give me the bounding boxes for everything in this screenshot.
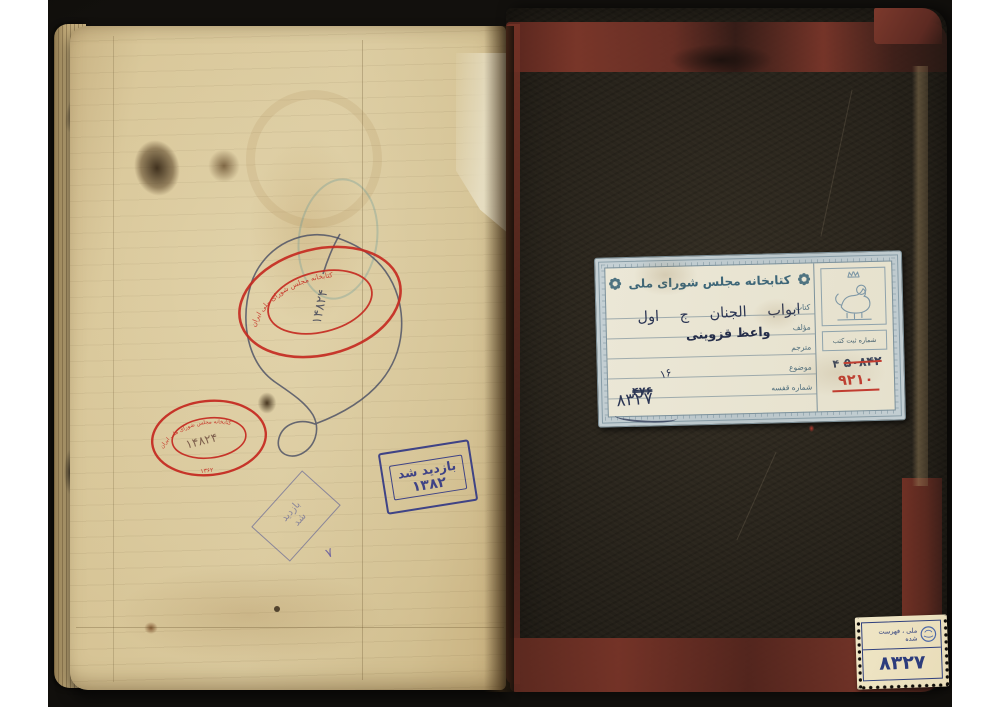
new-register-number: ۹۲۱۰ xyxy=(832,371,880,392)
red-ink-speck xyxy=(808,424,815,433)
cover-wear-blotch xyxy=(656,40,786,80)
register-numbers: ۵۰۸۴۲ ۴ ۹۲۱۰ xyxy=(820,354,890,393)
register-check-mark: ۴ xyxy=(832,357,839,370)
page-crease xyxy=(76,627,504,628)
gutter-shadow xyxy=(484,26,514,692)
catalog-sticker: ملی ، فهرست شده ۸۳۲۷ xyxy=(855,614,949,689)
cover-scratch xyxy=(737,452,777,540)
catalog-number: ۸۳۲۷ xyxy=(863,648,942,679)
label-main-area: کتابخانه مجلس شورای ملی کتاب xyxy=(605,263,818,416)
photo-background: ۷ کتابخانه مجلس شورای ملی ایران ۱۴۸۲۴ xyxy=(48,0,952,707)
stamp-date-note: ۱۳۶۲ xyxy=(200,467,214,475)
stamp-handwritten-number: ۱۴۸۲۴ xyxy=(310,288,332,325)
scan-canvas: ۷ کتابخانه مجلس شورای ملی ایران ۱۴۸۲۴ xyxy=(0,0,1000,707)
page-crease xyxy=(113,36,114,682)
cover-worn-edge xyxy=(912,66,928,486)
old-register-number: ۵۰۸۴۲ xyxy=(843,353,882,370)
label-register-column: شماره ثبت کتب ۵۰۸۴۲ ۴ ۹۲۱۰ xyxy=(814,262,895,412)
visit-stamp-inner: بازدید شد ۱۳۸۲ xyxy=(388,454,467,500)
rosette-icon xyxy=(797,273,810,286)
handwritten-accession-number: ۸۳۲۷ xyxy=(616,388,654,411)
library-label: کتابخانه مجلس شورای ملی کتاب xyxy=(594,250,906,427)
cover-scratch xyxy=(820,90,852,237)
cover-maroon-corner-patch xyxy=(874,8,942,44)
oval-library-stamp-lower: کتابخانه مجلس شورای ملی ایران ۱۴۸۲۴ ۱۳۶۲ xyxy=(145,392,275,492)
catalog-sticker-header: ملی ، فهرست شده xyxy=(862,621,941,651)
stamp-handwritten-number: ۱۴۸۲۴ xyxy=(184,430,219,451)
catalog-sticker-frame: ملی ، فهرست شده ۸۳۲۷ xyxy=(861,620,943,682)
label-header: کتابخانه مجلس شورای ملی xyxy=(605,263,814,299)
field-label-shelf: شماره قفسه xyxy=(771,378,816,397)
lion-and-sun-emblem xyxy=(831,271,876,322)
label-title: کتابخانه مجلس شورای ملی xyxy=(628,272,790,290)
register-caption: شماره ثبت کتب xyxy=(822,330,887,352)
library-seal-icon xyxy=(919,625,938,644)
label-inner-panel: کتابخانه مجلس شورای ملی کتاب xyxy=(604,261,896,418)
rosette-icon xyxy=(608,277,621,290)
pen-line xyxy=(323,234,340,274)
old-register-row: ۵۰۸۴۲ ۴ xyxy=(820,352,890,371)
emblem-box xyxy=(820,267,886,327)
catalog-caption: ملی ، فهرست شده xyxy=(865,626,918,644)
